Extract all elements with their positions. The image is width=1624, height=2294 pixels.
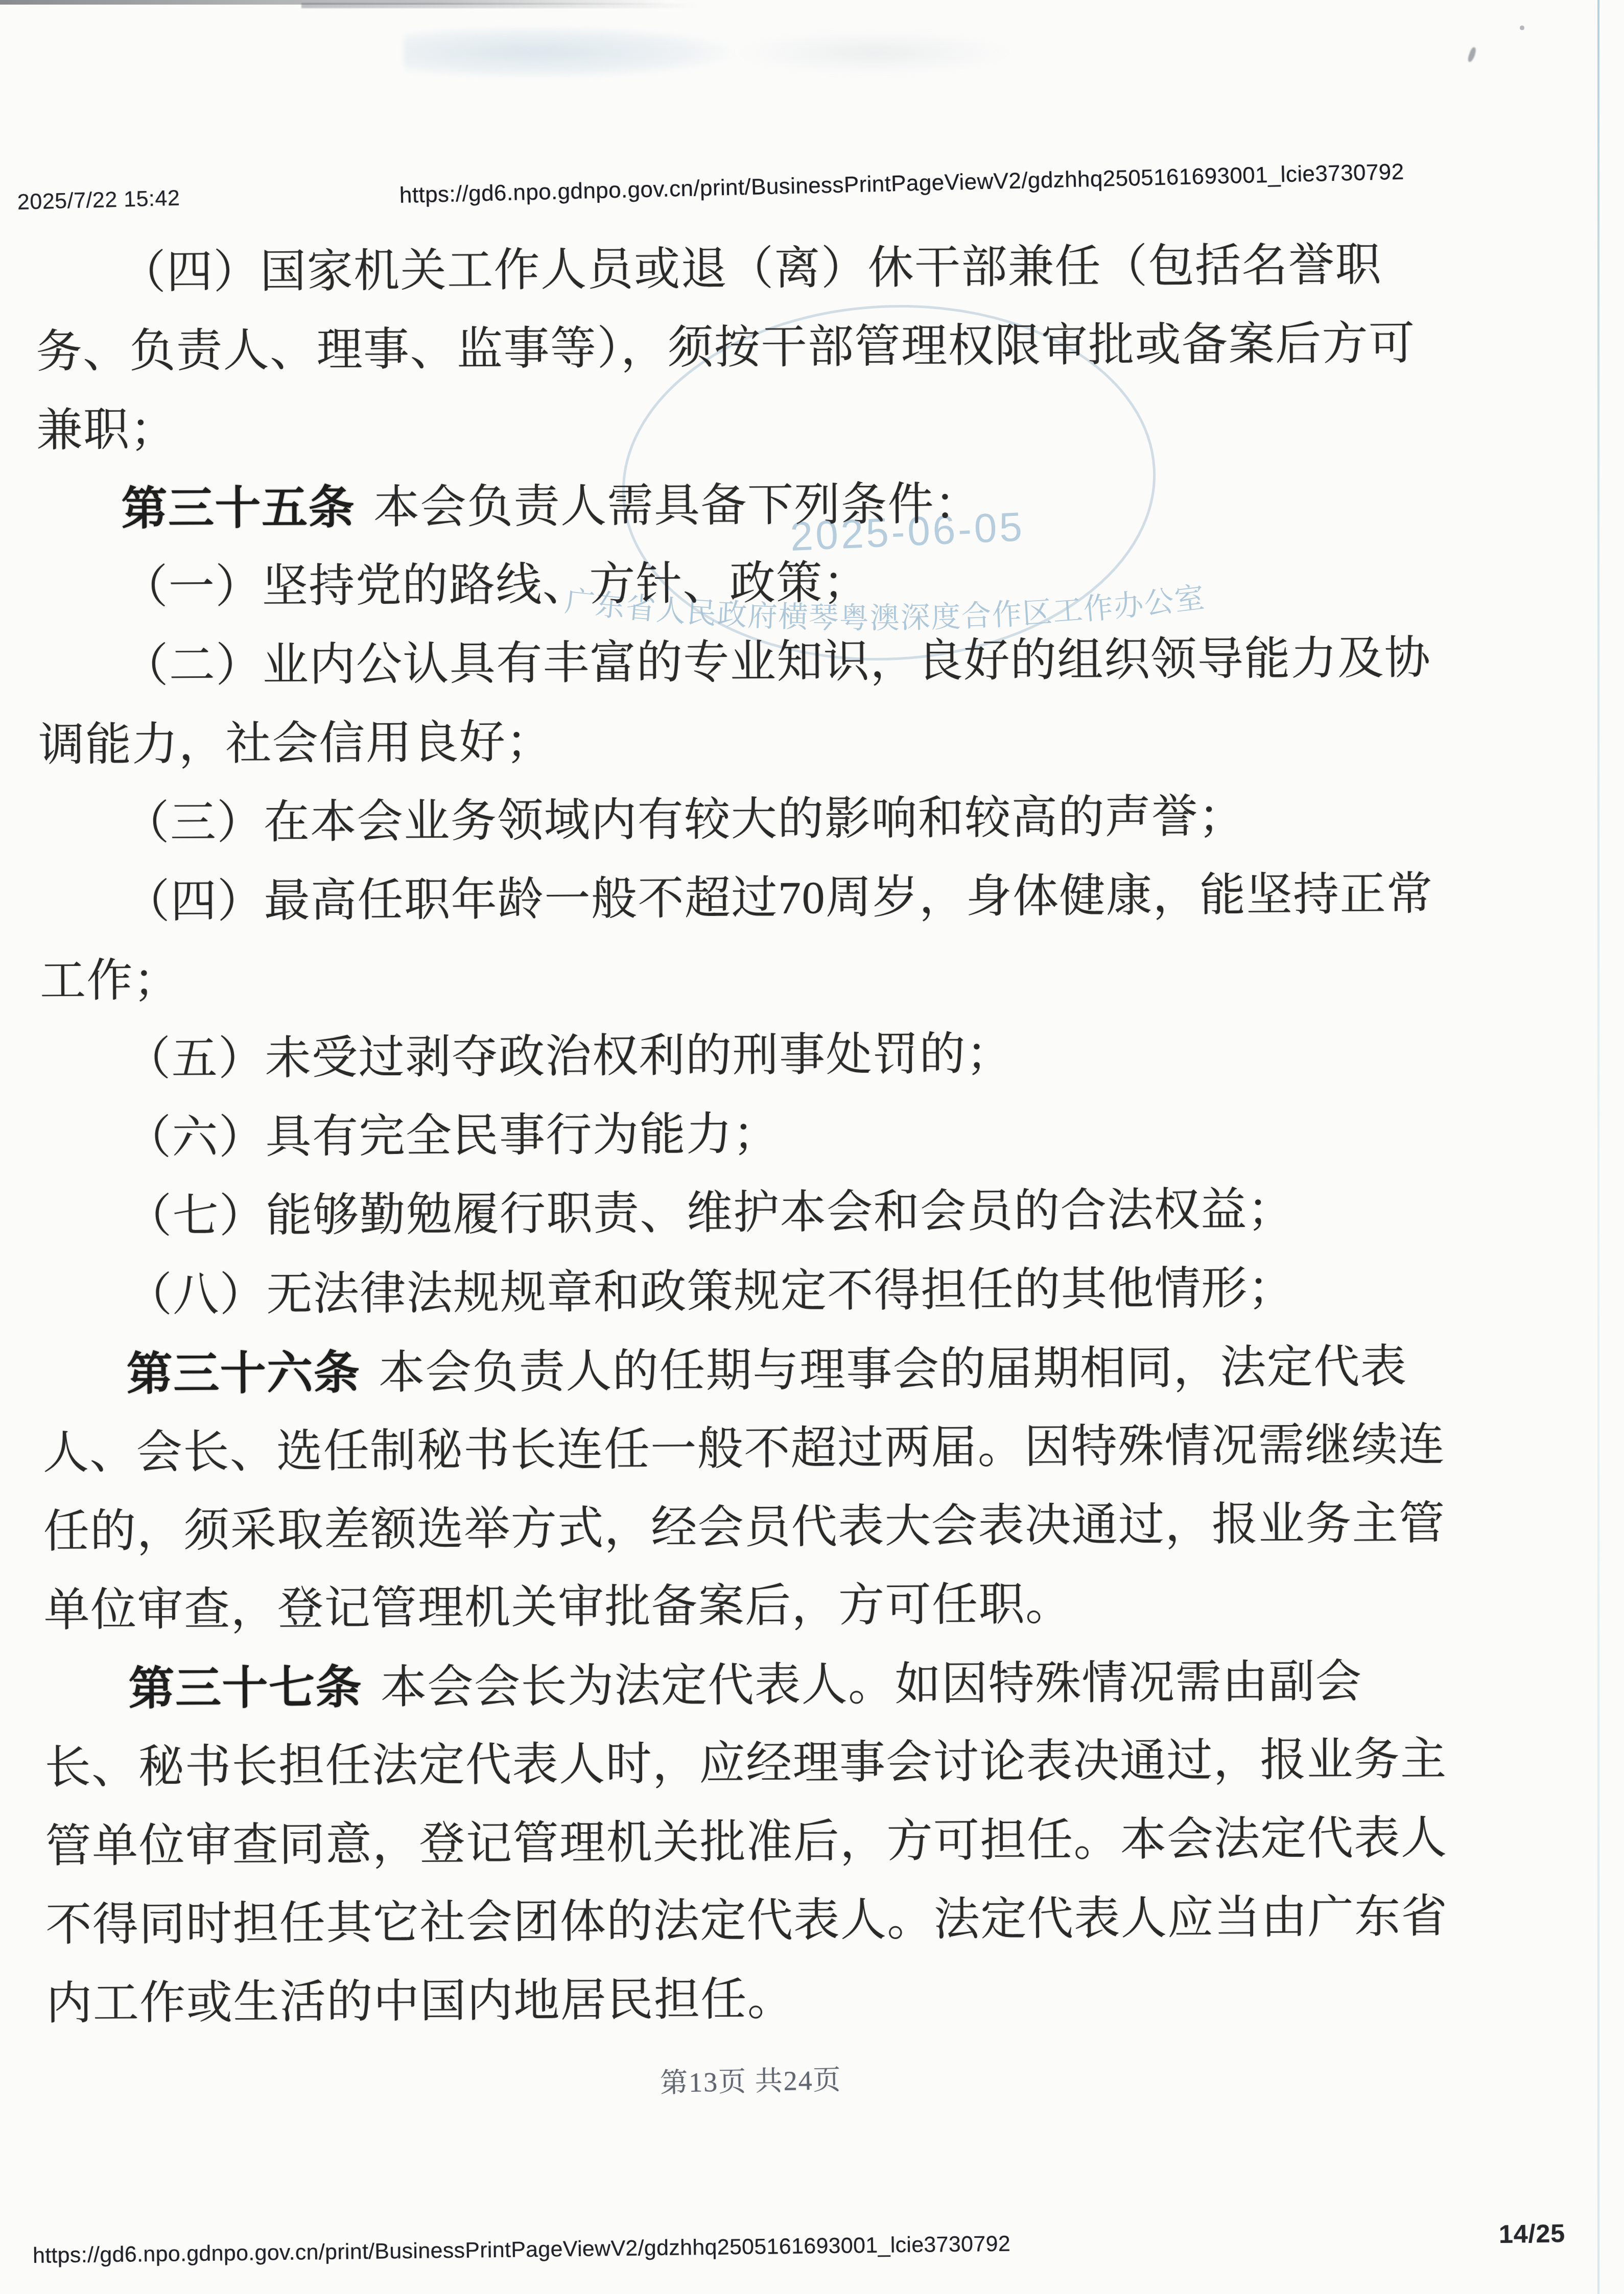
document-line: 不得同时担任其它社会团体的法定代表人。法定代表人应当由广东省 [45,1877,1527,1965]
document-line-text: （三）在本会业务领域内有较大的影响和较高的声誉； [123,791,1245,848]
document-line: 单位审查，登记管理机关审批备案后，方可任职。 [43,1563,1525,1650]
scan-artifact-ink-mark [1467,46,1477,63]
document-line-text: （四）国家机关工作人员或退（离）休干部兼任（包括名誉职 [120,240,1382,298]
document-line-text: 本会负责人需具备下列条件： [373,479,981,533]
scan-artifact-right-edge-line [1597,0,1599,2294]
document-line-text: 内工作或生活的中国内地居民担任。 [46,1974,794,2029]
document-line: 第三十六条本会负责人的任期与理事会的届期相同，法定代表 [42,1327,1524,1414]
document-line-text: （七）能够勤勉履行职责、维护本会和会员的合法权益； [126,1185,1295,1242]
article-number: 第三十六条 [127,1347,361,1400]
article-number: 第三十七条 [128,1662,362,1715]
document-line-text: 单位审查，登记管理机关审批备案后，方可任职。 [43,1579,1072,1636]
document-line: （四）最高任职年龄一般不超过70周岁，身体健康，能坚持正常 [39,855,1521,942]
document-body: （四）国家机关工作人员或退（离）休干部兼任（包括名誉职务、负责人、理事、监事等）… [35,225,1528,2044]
document-line: 兼职； [36,383,1518,470]
document-line-text: （四）最高任职年龄一般不超过70周岁，身体健康，能坚持正常 [124,869,1433,928]
document-line: （四）国家机关工作人员或退（离）休干部兼任（包括名誉职 [35,225,1517,313]
document-line-text: 工作； [40,955,180,1007]
document-line-text: （五）未受过剥夺政治权利的刑事处罚的； [125,1029,1013,1085]
document-line-text: （六）具有完全民事行为能力； [125,1109,780,1164]
print-header-datetime: 2025/7/22 15:42 [17,186,180,215]
document-line: 第三十五条本会负责人需具备下列条件： [37,461,1519,549]
document-line: 调能力，社会信用良好； [38,697,1520,785]
document-line: 任的，须采取差额选举方式，经会员代表大会表决通过，报业务主管 [43,1484,1525,1572]
document-line: 人、会长、选任制秘书长连任一般不超过两届。因特殊情况需继续连 [42,1405,1524,1493]
scanned-print-page: 2025/7/22 15:42 https://gd6.npo.gdnpo.go… [0,0,1624,2294]
document-line-text: 长、秘书长担任法定代表人时，应经理事会讨论表决通过，报业务主 [44,1734,1447,1793]
document-line-text: 本会会长为法定代表人。如因特殊情况需由副会 [381,1657,1362,1713]
scan-artifact-blue-smudge [404,27,731,78]
article-number: 第三十五条 [121,482,355,535]
document-line-text: 本会负责人的任期与理事会的届期相同，法定代表 [379,1342,1407,1399]
document-line-text: 任的，须采取差额选举方式，经会员代表大会表决通过，报业务主管 [43,1498,1446,1557]
document-line-text: 务、负责人、理事、监事等），须按干部管理权限审批或备案后方可 [36,318,1416,377]
document-line-text: 管单位审查同意，登记管理机关批准后，方可担任。本会法定代表人 [45,1813,1448,1872]
document-line-text: 兼职； [36,405,177,456]
document-line-text: （一）坚持党的路线、方针、政策； [122,558,870,613]
document-line: （三）在本会业务领域内有较大的影响和较高的声誉； [39,776,1521,864]
document-line: 内工作或生活的中国内地居民担任。 [46,1956,1528,2044]
document-line-text: 人、会长、选任制秘书长连任一般不超过两届。因特殊情况需继续连 [42,1420,1445,1479]
document-line-text: （八）无法律法规规章和政策规定不得担任的其他情形； [126,1263,1295,1321]
page-number-label: 第13页 共24页 [660,2058,842,2100]
document-line: 长、秘书长担任法定代表人时，应经理事会讨论表决通过，报业务主 [44,1720,1526,1808]
print-page-counter: 14/25 [1499,2218,1566,2249]
document-line: 务、负责人、理事、监事等），须按干部管理权限审批或备案后方可 [36,304,1518,392]
document-line: （六）具有完全民事行为能力； [41,1091,1523,1178]
document-line: 管单位审查同意，登记管理机关批准后，方可担任。本会法定代表人 [45,1799,1527,1886]
scan-artifact-top-streak [301,3,700,8]
document-line: 工作； [40,933,1522,1021]
document-line: 第三十七条本会会长为法定代表人。如因特殊情况需由副会 [44,1641,1526,1729]
document-line-text: （二）业内公认具有丰富的专业知识，良好的组织领导能力及协 [122,633,1431,692]
document-line-text: 不得同时担任其它社会团体的法定代表人。法定代表人应当由广东省 [45,1891,1448,1951]
document-line: （五）未受过剥夺政治权利的刑事处罚的； [40,1012,1522,1100]
print-footer-url: https://gd6.npo.gdnpo.gov.cn/print/Busin… [33,2232,1011,2268]
scan-artifact-gray-smudge [731,30,1017,76]
document-line: （一）坚持党的路线、方针、政策； [37,540,1519,628]
document-line: （七）能够勤勉履行职责、维护本会和会员的合法权益； [41,1169,1523,1257]
document-line: （二）业内公认具有丰富的专业知识，良好的组织领导能力及协 [38,619,1520,706]
print-header-url: https://gd6.npo.gdnpo.gov.cn/print/Busin… [399,159,1404,208]
document-line-text: 调能力，社会信用良好； [38,717,553,771]
scan-artifact-ink-dot [1520,26,1524,30]
document-line: （八）无法律法规规章和政策规定不得担任的其他情形； [41,1248,1523,1336]
